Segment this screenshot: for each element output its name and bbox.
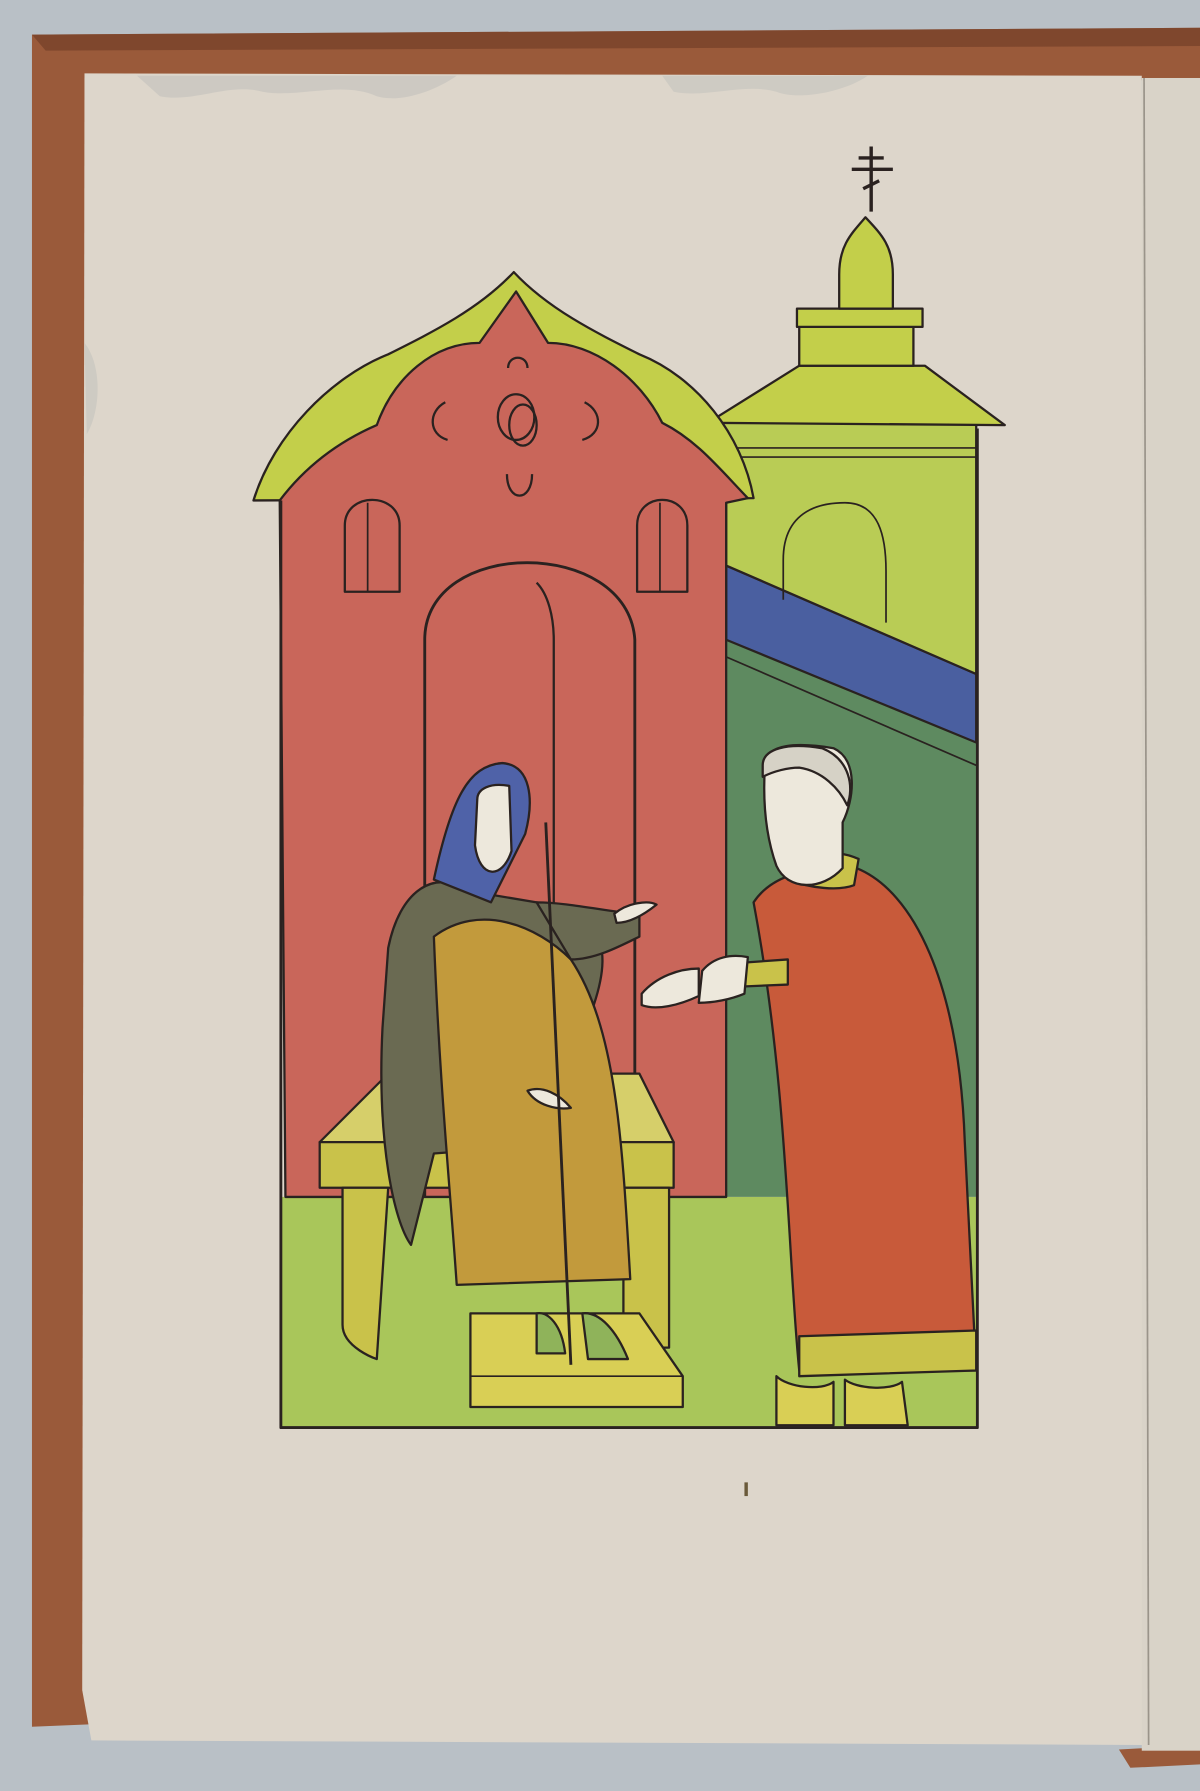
paper-fleck xyxy=(744,1482,747,1496)
manuscript-illustration xyxy=(0,0,1200,1791)
